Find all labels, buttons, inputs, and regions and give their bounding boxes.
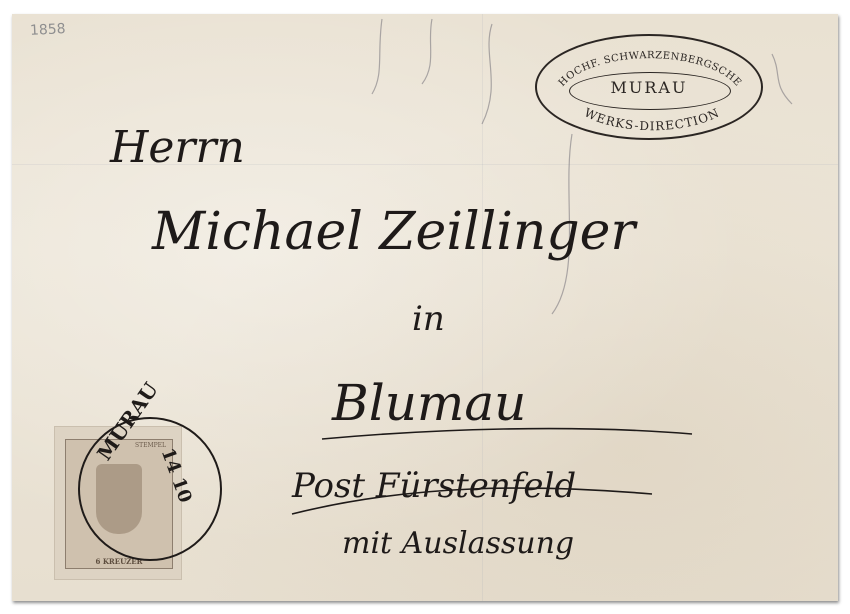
destination-place: Blumau (332, 374, 526, 432)
folded-letter: 1858 HOCHF. SCHWARZENBERGSCHE WERKS-DIRE… (12, 14, 838, 601)
preposition-text: in (412, 299, 445, 339)
address-line-1: Post Fürstenfeld (292, 466, 576, 506)
recipient-name: Michael Zeillinger (152, 202, 635, 262)
address-line-2: mit Auslassung (342, 526, 574, 561)
salutation-text: Herrn (110, 122, 245, 173)
